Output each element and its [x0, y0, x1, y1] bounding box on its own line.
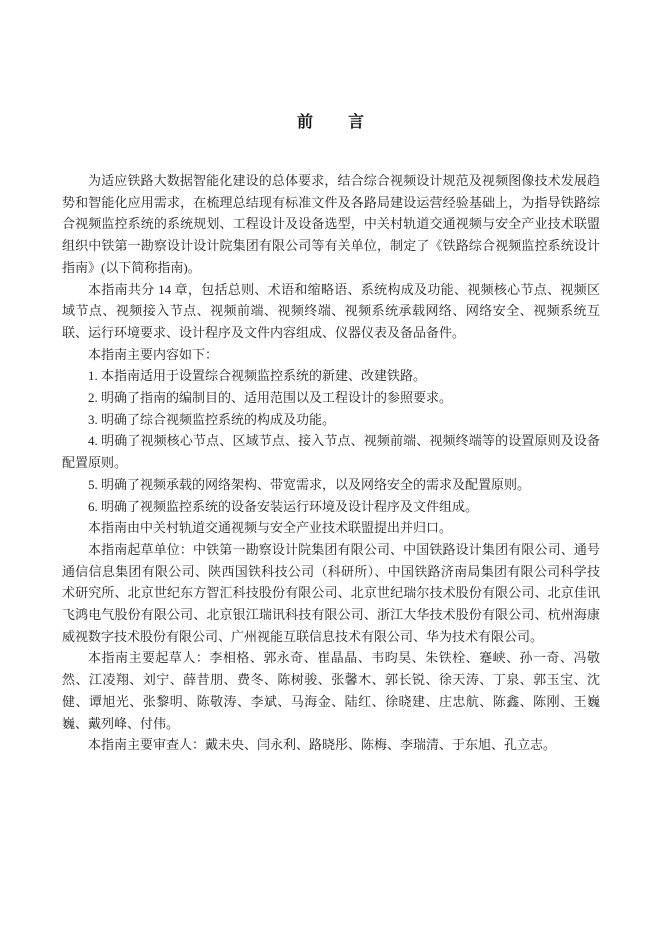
paragraph-intro: 为适应铁路大数据智能化建设的总体要求，结合综合视频设计规范及视频图像技术发展趋势…: [62, 170, 600, 279]
list-item-5: 5. 明确了视频承载的网络架构、带宽需求，以及网络安全的需求及配置原则。: [62, 474, 600, 496]
list-item-4: 4. 明确了视频核心节点、区域节点、接入节点、视频前端、视频终端等的设置原则及设…: [62, 430, 600, 473]
paragraph-chapter-overview: 本指南共分 14 章，包括总则、术语和缩略语、系统构成及功能、视频核心节点、视频…: [62, 279, 600, 344]
paragraph-proposed-by: 本指南由中关村轨道交通视频与安全产业技术联盟提出并归口。: [62, 517, 600, 539]
document-page: 前 言 为适应铁路大数据智能化建设的总体要求，结合综合视频设计规范及视频图像技术…: [0, 0, 662, 936]
paragraph-main-reviewers: 本指南主要审查人：戴未央、闫永利、路晓彤、陈梅、李瑞清、于东旭、孔立志。: [62, 734, 600, 756]
list-item-6: 6. 明确了视频监控系统的设备安装运行环境及设计程序及文件组成。: [62, 496, 600, 518]
list-item-3: 3. 明确了综合视频监控系统的构成及功能。: [62, 409, 600, 431]
paragraph-drafting-units: 本指南起草单位：中铁第一勘察设计院集团有限公司、中国铁路设计集团有限公司、通号通…: [62, 539, 600, 648]
paragraph-main-drafters: 本指南主要起草人：李相格、郭永奇、崔晶晶、韦昀昊、朱铁栓、蹇峡、孙一奇、冯敬然、…: [62, 647, 600, 734]
document-body: 为适应铁路大数据智能化建设的总体要求，结合综合视频设计规范及视频图像技术发展趋势…: [62, 170, 600, 756]
list-item-1: 1. 本指南适用于设置综合视频监控系统的新建、改建铁路。: [62, 365, 600, 387]
list-item-2: 2. 明确了指南的编制目的、适用范围以及工程设计的参照要求。: [62, 387, 600, 409]
page-title: 前 言: [0, 0, 662, 134]
paragraph-main-contents-heading: 本指南主要内容如下：: [62, 344, 600, 366]
